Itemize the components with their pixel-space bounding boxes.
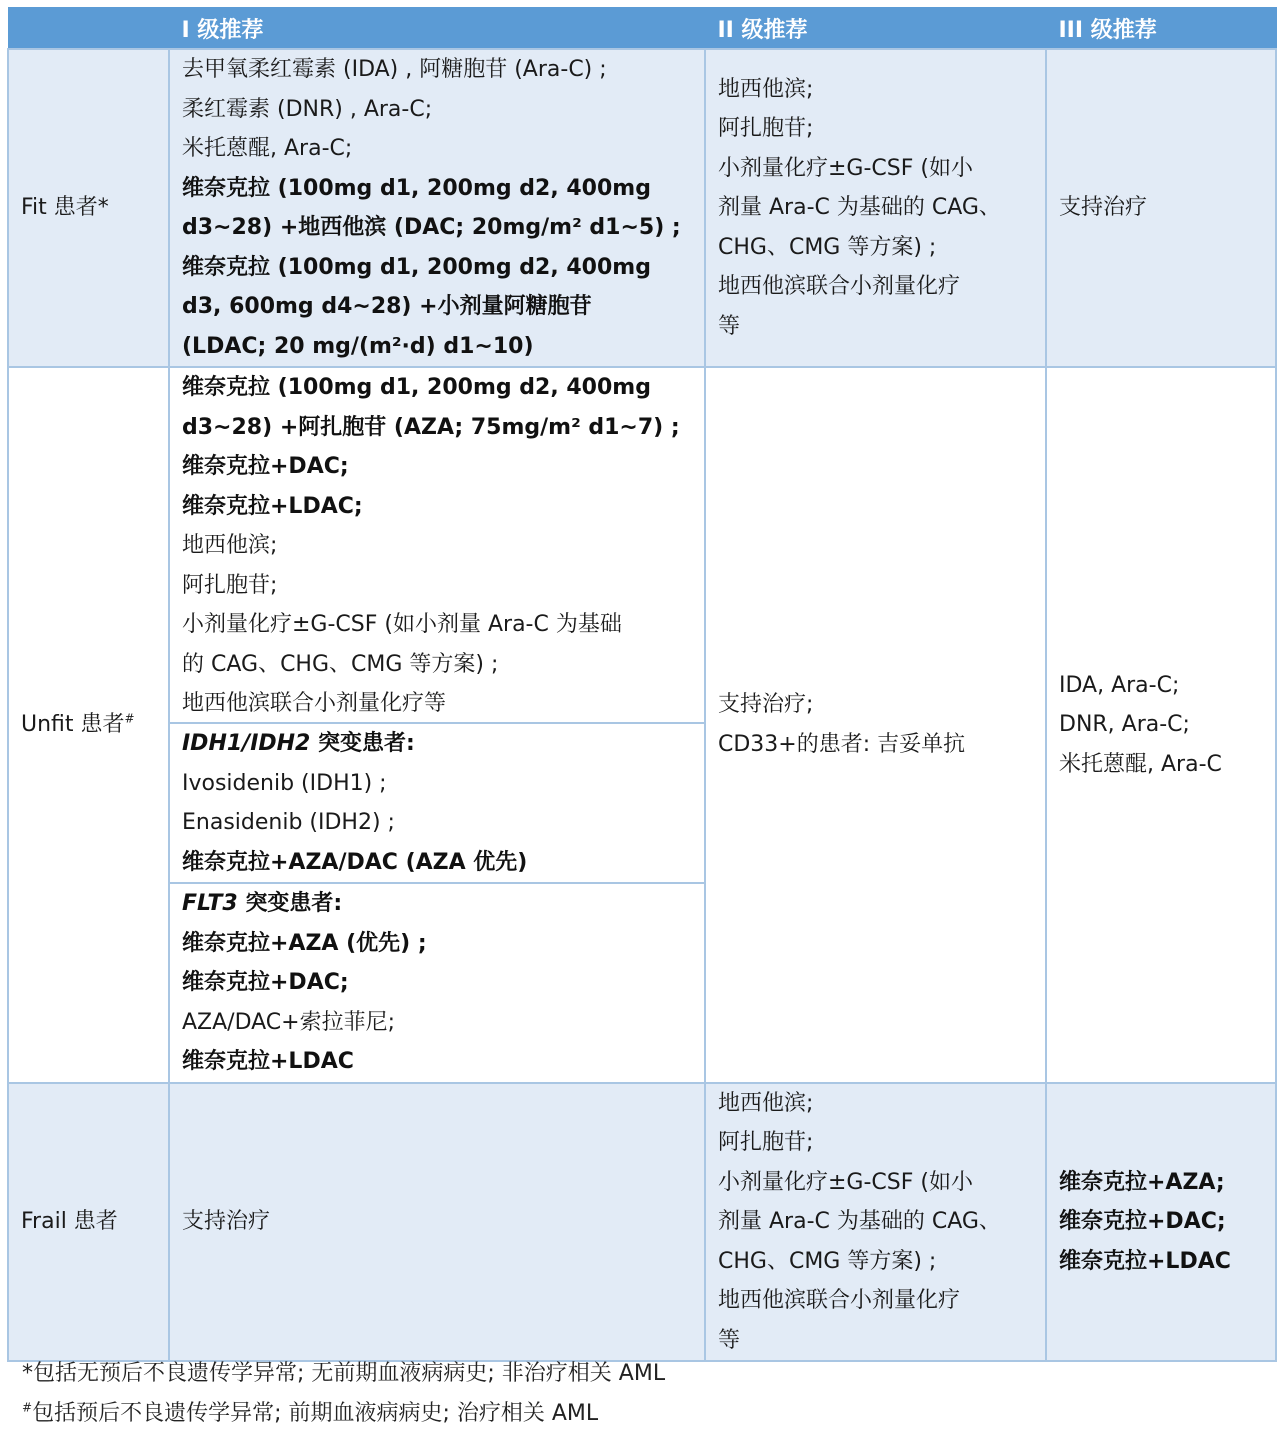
flt3-heading: FLT3 突变患者: xyxy=(182,884,692,924)
fit-l2-item: 阿扎胞苷; xyxy=(718,109,1033,149)
frail-l2-item: CHG、CMG 等方案) ; xyxy=(718,1242,1033,1282)
fit-l2-item: 地西他滨; xyxy=(718,70,1033,110)
fit-l1-item: (LDAC; 20 mg/(m²·d) d1~10) xyxy=(182,327,692,367)
frail-l3-item: 维奈克拉+AZA; xyxy=(1059,1163,1263,1203)
unfit-l1-item: 的 CAG、CHG、CMG 等方案) ; xyxy=(182,645,692,685)
unfit-l1-item: 维奈克拉+DAC; xyxy=(182,447,692,487)
row-label-unfit: Unfit 患者# xyxy=(8,367,169,1083)
flt3-item: 维奈克拉+AZA (优先) ; xyxy=(182,924,692,964)
frail-l3-item: 维奈克拉+LDAC xyxy=(1059,1242,1263,1282)
row-frail: Frail 患者 支持治疗 地西他滨; 阿扎胞苷; 小剂量化疗±G-CSF (如… xyxy=(8,1083,1276,1362)
flt3-heading-rest: 突变患者: xyxy=(238,891,342,916)
unfit-l1-item: 维奈克拉 (100mg d1, 200mg d2, 400mg xyxy=(182,368,692,408)
fit-l2-item: 小剂量化疗±G-CSF (如小 xyxy=(718,149,1033,189)
frail-l2-item: 地西他滨; xyxy=(718,1084,1033,1124)
frail-l2-item: 剂量 Ara-C 为基础的 CAG、 xyxy=(718,1202,1033,1242)
unfit-l1-item: 维奈克拉+LDAC; xyxy=(182,487,692,527)
unfit-l1-item: 地西他滨联合小剂量化疗等 xyxy=(182,684,692,724)
frail-level-3: 维奈克拉+AZA; 维奈克拉+DAC; 维奈克拉+LDAC xyxy=(1046,1083,1276,1362)
frail-l3-item: 维奈克拉+DAC; xyxy=(1059,1202,1263,1242)
idh-heading: IDH1/IDH2 突变患者: xyxy=(182,724,692,764)
fit-l1-item: 维奈克拉 (100mg d1, 200mg d2, 400mg xyxy=(182,248,692,288)
unfit-l1-general: 维奈克拉 (100mg d1, 200mg d2, 400mg d3~28) +… xyxy=(170,368,704,724)
header-level-1: I 级推荐 xyxy=(169,8,705,50)
flt3-heading-gene: FLT3 xyxy=(182,891,238,916)
flt3-item: 维奈克拉+DAC; xyxy=(182,963,692,1003)
flt3-item: 维奈克拉+LDAC xyxy=(182,1042,692,1082)
frail-l1-item: 支持治疗 xyxy=(182,1202,692,1242)
unfit-l3-item: 米托蒽醌, Ara-C xyxy=(1059,745,1263,785)
fit-level-1: 去甲氧柔红霉素 (IDA) , 阿糖胞苷 (Ara-C) ; 柔红霉素 (DNR… xyxy=(169,49,705,367)
frail-level-2: 地西他滨; 阿扎胞苷; 小剂量化疗±G-CSF (如小 剂量 Ara-C 为基础… xyxy=(705,1083,1046,1362)
fit-l1-item: d3, 600mg d4~28) +小剂量阿糖胞苷 xyxy=(182,287,692,327)
fit-l1-item: 去甲氧柔红霉素 (IDA) , 阿糖胞苷 (Ara-C) ; xyxy=(182,50,692,90)
fit-level-3: 支持治疗 xyxy=(1046,49,1276,367)
frail-l2-item: 地西他滨联合小剂量化疗 xyxy=(718,1281,1033,1321)
unfit-l3-item: DNR, Ara-C; xyxy=(1059,705,1263,745)
fit-l1-item: d3~28) +地西他滨 (DAC; 20mg/m² d1~5) ; xyxy=(182,208,692,248)
row-label-frail: Frail 患者 xyxy=(8,1083,169,1362)
unfit-l3-item: IDA, Ara-C; xyxy=(1059,666,1263,706)
unfit-l1-item: 地西他滨; xyxy=(182,526,692,566)
row-unfit: Unfit 患者# 维奈克拉 (100mg d1, 200mg d2, 400m… xyxy=(8,367,1276,1083)
footnote-unfit: #包括预后不良遗传学异常; 前期血液病病史; 治疗相关 AML xyxy=(22,1396,598,1427)
frail-l2-item: 等 xyxy=(718,1321,1033,1361)
fit-l2-item: 剂量 Ara-C 为基础的 CAG、 xyxy=(718,188,1033,228)
flt3-item: AZA/DAC+索拉菲尼; xyxy=(182,1003,692,1043)
row-label-fit: Fit 患者* xyxy=(8,49,169,367)
frail-l2-item: 小剂量化疗±G-CSF (如小 xyxy=(718,1163,1033,1203)
idh-heading-gene: IDH1/IDH2 xyxy=(182,731,310,756)
frail-l2-item: 阿扎胞苷; xyxy=(718,1123,1033,1163)
unfit-l1-flt3: FLT3 突变患者: 维奈克拉+AZA (优先) ; 维奈克拉+DAC; AZA… xyxy=(170,884,704,1082)
unfit-l1-item: 小剂量化疗±G-CSF (如小剂量 Ara-C 为基础 xyxy=(182,605,692,645)
row-label-unfit-text: Unfit 患者 xyxy=(21,712,125,737)
unfit-level-3: IDA, Ara-C; DNR, Ara-C; 米托蒽醌, Ara-C xyxy=(1046,367,1276,1083)
fit-l1-item: 维奈克拉 (100mg d1, 200mg d2, 400mg xyxy=(182,169,692,209)
fit-l2-item: CHG、CMG 等方案) ; xyxy=(718,228,1033,268)
footnote-fit: *包括无预后不良遗传学异常; 无前期血液病病史; 非治疗相关 AML xyxy=(22,1356,665,1387)
row-label-unfit-sup: # xyxy=(125,712,135,726)
idh-heading-rest: 突变患者: xyxy=(310,731,414,756)
fit-l2-item: 地西他滨联合小剂量化疗 xyxy=(718,267,1033,307)
row-fit: Fit 患者* 去甲氧柔红霉素 (IDA) , 阿糖胞苷 (Ara-C) ; 柔… xyxy=(8,49,1276,367)
header-level-3: III 级推荐 xyxy=(1046,8,1276,50)
unfit-l1-item: d3~28) +阿扎胞苷 (AZA; 75mg/m² d1~7) ; xyxy=(182,408,692,448)
fit-level-2: 地西他滨; 阿扎胞苷; 小剂量化疗±G-CSF (如小 剂量 Ara-C 为基础… xyxy=(705,49,1046,367)
header-row: I 级推荐 II 级推荐 III 级推荐 xyxy=(8,8,1276,50)
recommendation-table: I 级推荐 II 级推荐 III 级推荐 Fit 患者* 去甲氧柔红霉素 (ID… xyxy=(7,7,1277,1362)
unfit-level-1: 维奈克拉 (100mg d1, 200mg d2, 400mg d3~28) +… xyxy=(169,367,705,1083)
unfit-l1-idh: IDH1/IDH2 突变患者: Ivosidenib (IDH1) ; Enas… xyxy=(170,724,704,884)
idh-item: Ivosidenib (IDH1) ; xyxy=(182,764,692,804)
unfit-l2-item: CD33+的患者: 吉妥单抗 xyxy=(718,725,1033,765)
footnote-unfit-sup: # xyxy=(22,1401,32,1415)
unfit-l1-item: 阿扎胞苷; xyxy=(182,566,692,606)
idh-item: Enasidenib (IDH2) ; xyxy=(182,803,692,843)
frail-level-1: 支持治疗 xyxy=(169,1083,705,1362)
footnote-unfit-text: 包括预后不良遗传学异常; 前期血液病病史; 治疗相关 AML xyxy=(32,1401,598,1426)
header-patient-type xyxy=(8,8,169,50)
unfit-l2-item: 支持治疗; xyxy=(718,685,1033,725)
fit-l1-item: 米托蒽醌, Ara-C; xyxy=(182,129,692,169)
header-level-2: II 级推荐 xyxy=(705,8,1046,50)
fit-l2-item: 等 xyxy=(718,307,1033,347)
unfit-level-2: 支持治疗; CD33+的患者: 吉妥单抗 xyxy=(705,367,1046,1083)
idh-item: 维奈克拉+AZA/DAC (AZA 优先) xyxy=(182,843,692,883)
fit-l3-item: 支持治疗 xyxy=(1059,188,1263,228)
fit-l1-item: 柔红霉素 (DNR) , Ara-C; xyxy=(182,90,692,130)
